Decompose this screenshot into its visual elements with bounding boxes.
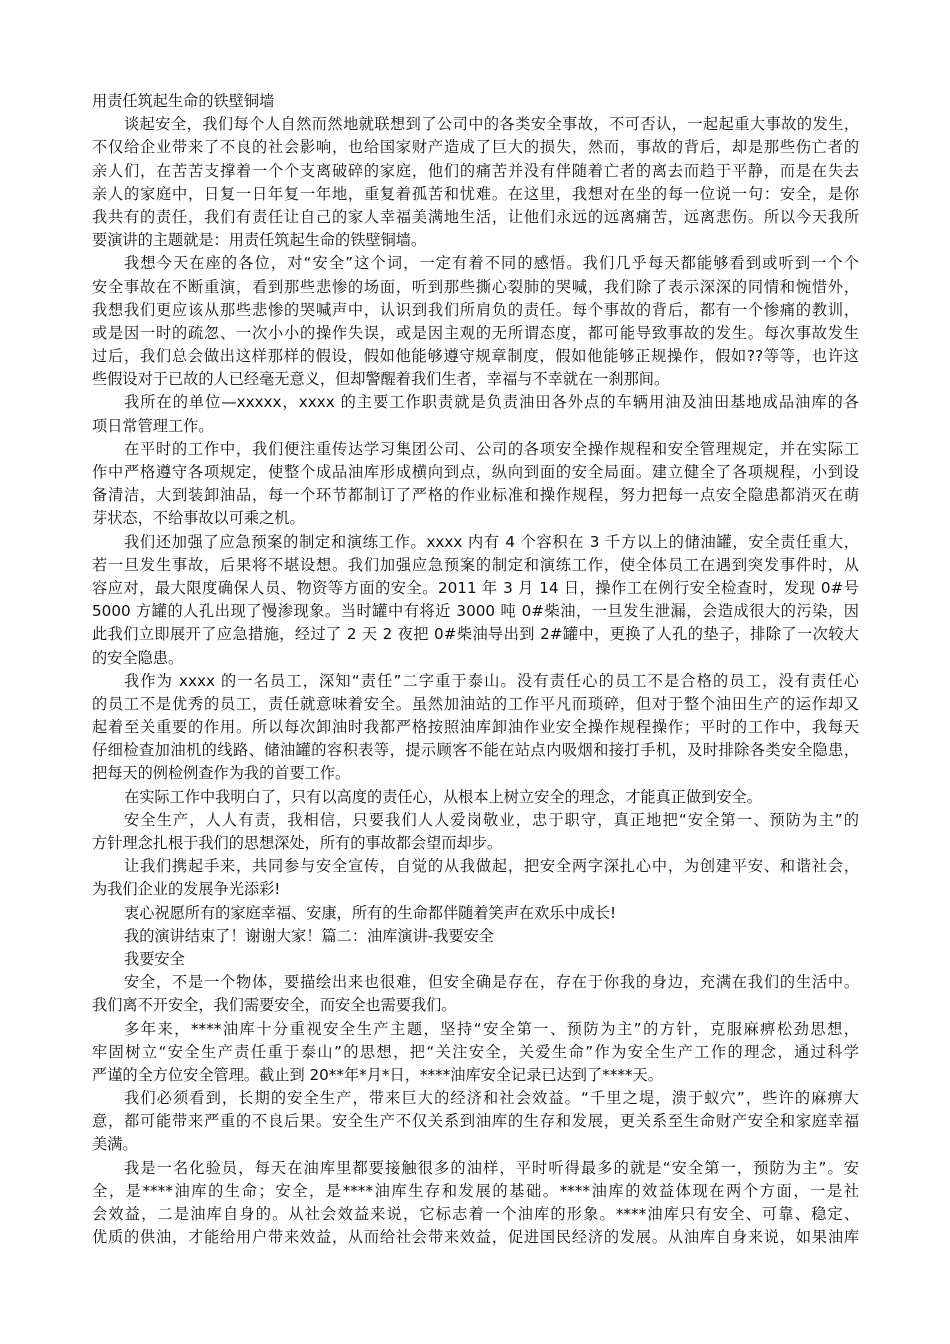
paragraph-line: 安全生产，人人有责，我相信，只要我们人人爱岗敬业，忠于职守，真正地把“安全第一、… xyxy=(92,809,859,832)
paragraph-line: 此我们立即展开了应急措施，经过了 2 天 2 夜把 0#柴油导出到 2#罐中，更… xyxy=(92,623,859,646)
paragraph: 我是一名化验员，每天在油库里都要接触很多的油样，平时听得最多的就是“安全第一，预… xyxy=(92,1157,859,1250)
paragraph-line: 在实际工作中我明白了，只有以高度的责任心，从根本上树立安全的理念，才能真正做到安… xyxy=(92,786,859,809)
paragraph-line: 的员工不是优秀的员工，责任就意味着安全。虽然加油站的工作平凡而琐碎，但对于整个油… xyxy=(92,693,859,716)
paragraph-line: 多年来，****油库十分重视安全生产主题，坚持“安全第一、预防为主”的方针，克服… xyxy=(92,1018,859,1041)
paragraph: 多年来，****油库十分重视安全生产主题，坚持“安全第一、预防为主”的方针，克服… xyxy=(92,1018,859,1088)
paragraph: 我的演讲结束了！谢谢大家！篇二：油库演讲-我要安全 xyxy=(92,925,859,948)
paragraph-line: 衷心祝愿所有的家庭幸福、安康，所有的生命都伴随着笑声在欢乐中成长! xyxy=(92,902,859,925)
paragraph-line: 牢固树立“安全生产责任重于泰山”的思想，把“关注安全，关爱生命”作为安全生产工作… xyxy=(92,1041,859,1064)
paragraph: 在实际工作中我明白了，只有以高度的责任心，从根本上树立安全的理念，才能真正做到安… xyxy=(92,786,859,809)
paragraph-line: 备清洁，大到装卸油品，每一个环节都制订了严格的作业标准和操作规程，努力把每一点安… xyxy=(92,484,859,507)
paragraph: 我们必须看到，长期的安全生产，带来巨大的经济和社会效益。“千里之堤，溃于蚁穴”，… xyxy=(92,1087,859,1157)
paragraph: 我想今天在座的各位，对“安全”这个词，一定有着不同的感悟。我们几乎每天都能够看到… xyxy=(92,252,859,391)
paragraph-line: 我的演讲结束了！谢谢大家！篇二：油库演讲-我要安全 xyxy=(92,925,859,948)
paragraph: 在平时的工作中，我们便注重传达学习集团公司、公司的各项安全操作规程和安全管理规定… xyxy=(92,438,859,531)
paragraph-line: 5000 方罐的人孔出现了慢渗现象。当时罐中有将近 3000 吨 0#柴油，一旦… xyxy=(92,600,859,623)
paragraph: 安全生产，人人有责，我相信，只要我们人人爱岗敬业，忠于职守，真正地把“安全第一、… xyxy=(92,809,859,855)
paragraph-line: 起着至关重要的作用。所以每次卸油时我都严格按照油库卸油作业安全操作规程操作；平时… xyxy=(92,716,859,739)
paragraph-line: 若一旦发生事故，后果将不堪设想。我们加强应急预案的制定和演练工作，使全体员工在遇… xyxy=(92,554,859,577)
paragraph-line: 不仅给企业带来了不良的社会影响，也给国家财产造成了巨大的损失，然而，事故的背后，… xyxy=(92,136,859,159)
paragraph-line: 些假设对于已故的人已经毫无意义，但却警醒着我们生者，幸福与不幸就在一刹那间。 xyxy=(92,368,859,391)
document-title: 用责任筑起生命的铁壁铜墙 xyxy=(92,90,859,113)
paragraph: 我所在的单位—xxxxx，xxxx 的主要工作职责就是负责油田各外点的车辆用油及… xyxy=(92,391,859,437)
paragraph-line: 方针理念扎根于我们的思想深处，所有的事故都会望而却步。 xyxy=(92,832,859,855)
paragraph-line: 要演讲的主题就是：用责任筑起生命的铁壁铜墙。 xyxy=(92,229,859,252)
paragraph: 安全，不是一个物体，要描绘出来也很难，但安全确是存在，存在于你我的身边，充满在我… xyxy=(92,971,859,1017)
paragraph-line: 的安全隐患。 xyxy=(92,647,859,670)
paragraph-line: 我是一名化验员，每天在油库里都要接触很多的油样，平时听得最多的就是“安全第一，预… xyxy=(92,1157,859,1180)
paragraph-line: 把每天的例检例查作为我的首要工作。 xyxy=(92,762,859,785)
paragraph-line: 我所在的单位—xxxxx，xxxx 的主要工作职责就是负责油田各外点的车辆用油及… xyxy=(92,391,859,414)
paragraph-line: 我想今天在座的各位，对“安全”这个词，一定有着不同的感悟。我们几乎每天都能够看到… xyxy=(92,252,859,275)
paragraph-line: 让我们携起手来，共同参与安全宣传，自觉的从我做起，把安全两字深扎心中，为创建平安… xyxy=(92,855,859,878)
paragraph: 我们还加强了应急预案的制定和演练工作。xxxx 内有 4 个容积在 3 千方以上… xyxy=(92,531,859,670)
paragraph-line: 我想我们更应该从那些悲惨的哭喊声中，认识到我们所肩负的责任。每个事故的背后，都有… xyxy=(92,299,859,322)
paragraph-line: 我们还加强了应急预案的制定和演练工作。xxxx 内有 4 个容积在 3 千方以上… xyxy=(92,531,859,554)
paragraph-line: 项日常管理工作。 xyxy=(92,415,859,438)
paragraph-line: 安全，不是一个物体，要描绘出来也很难，但安全确是存在，存在于你我的身边，充满在我… xyxy=(92,971,859,994)
paragraph-line: 我要安全 xyxy=(92,948,859,971)
paragraph-line: 会效益，二是油库自身的。从社会效益来说，它标志着一个油库的形象。****油库只有… xyxy=(92,1203,859,1226)
paragraph: 谈起安全，我们每个人自然而然地就联想到了公司中的各类安全事故，不可否认，一起起重… xyxy=(92,113,859,252)
paragraph-line: 我们离不开安全，我们需要安全，而安全也需要我们。 xyxy=(92,994,859,1017)
paragraph-line: 优质的供油，才能给用户带来效益，从而给社会带来效益，促进国民经济的发展。从油库自… xyxy=(92,1226,859,1249)
paragraph-line: 为我们企业的发展争光添彩! xyxy=(92,878,859,901)
paragraph-line: 或是因一时的疏忽、一次小小的操作失误，或是因主观的无所谓态度，都可能导致事故的发… xyxy=(92,322,859,345)
paragraph: 我作为 xxxx 的一名员工，深知“责任”二字重于泰山。没有责任心的员工不是合格… xyxy=(92,670,859,786)
paragraph-line: 仔细检查加油机的线路、储油罐的容积表等，提示顾客不能在站点内吸烟和接打手机，及时… xyxy=(92,739,859,762)
paragraph-line: 全，是****油库的生命；安全，是****油库生存和发展的基础。****油库的效… xyxy=(92,1180,859,1203)
paragraph: 衷心祝愿所有的家庭幸福、安康，所有的生命都伴随着笑声在欢乐中成长! xyxy=(92,902,859,925)
paragraph-line: 我作为 xxxx 的一名员工，深知“责任”二字重于泰山。没有责任心的员工不是合格… xyxy=(92,670,859,693)
document-body: 谈起安全，我们每个人自然而然地就联想到了公司中的各类安全事故，不可否认，一起起重… xyxy=(92,113,859,1249)
paragraph-line: 作中严格遵守各项规定，使整个成品油库形成横向到点，纵向到面的安全局面。建立健全了… xyxy=(92,461,859,484)
paragraph-line: 安全事故在不断重演，看到那些悲惨的场面，听到那些撕心裂肺的哭喊，我们除了表示深深… xyxy=(92,276,859,299)
paragraph: 我要安全 xyxy=(92,948,859,971)
document-page: 用责任筑起生命的铁壁铜墙 谈起安全，我们每个人自然而然地就联想到了公司中的各类安… xyxy=(92,90,859,1249)
paragraph-line: 严谨的全方位安全管理。截止到 20**年*月*日，****油库安全记录已达到了*… xyxy=(92,1064,859,1087)
paragraph-line: 美满。 xyxy=(92,1133,859,1156)
paragraph-line: 亲人们，在苦苦支撑着一个个支离破碎的家庭，他们的痛苦并没有伴随着亡者的离去而趋于… xyxy=(92,160,859,183)
paragraph-line: 谈起安全，我们每个人自然而然地就联想到了公司中的各类安全事故，不可否认，一起起重… xyxy=(92,113,859,136)
paragraph-line: 芽状态，不给事故以可乘之机。 xyxy=(92,507,859,530)
paragraph-line: 意，都可能带来严重的不良后果。安全生产不仅关系到油库的生存和发展，更关系至生命财… xyxy=(92,1110,859,1133)
paragraph-line: 亲人的家庭中，日复一日年复一年地，重复着孤苦和忧难。在这里，我想对在坐的每一位说… xyxy=(92,183,859,206)
paragraph-line: 在平时的工作中，我们便注重传达学习集团公司、公司的各项安全操作规程和安全管理规定… xyxy=(92,438,859,461)
paragraph-line: 过后，我们总会做出这样那样的假设，假如他能够遵守规章制度，假如他能够正规操作，假… xyxy=(92,345,859,368)
paragraph-line: 容应对，最大限度确保人员、物资等方面的安全。2011 年 3 月 14 日，操作… xyxy=(92,577,859,600)
paragraph: 让我们携起手来，共同参与安全宣传，自觉的从我做起，把安全两字深扎心中，为创建平安… xyxy=(92,855,859,901)
paragraph-line: 我共有的责任，我们有责任让自己的家人幸福美满地生活，让他们永远的远离痛苦，远离悲… xyxy=(92,206,859,229)
paragraph-line: 我们必须看到，长期的安全生产，带来巨大的经济和社会效益。“千里之堤，溃于蚁穴”，… xyxy=(92,1087,859,1110)
